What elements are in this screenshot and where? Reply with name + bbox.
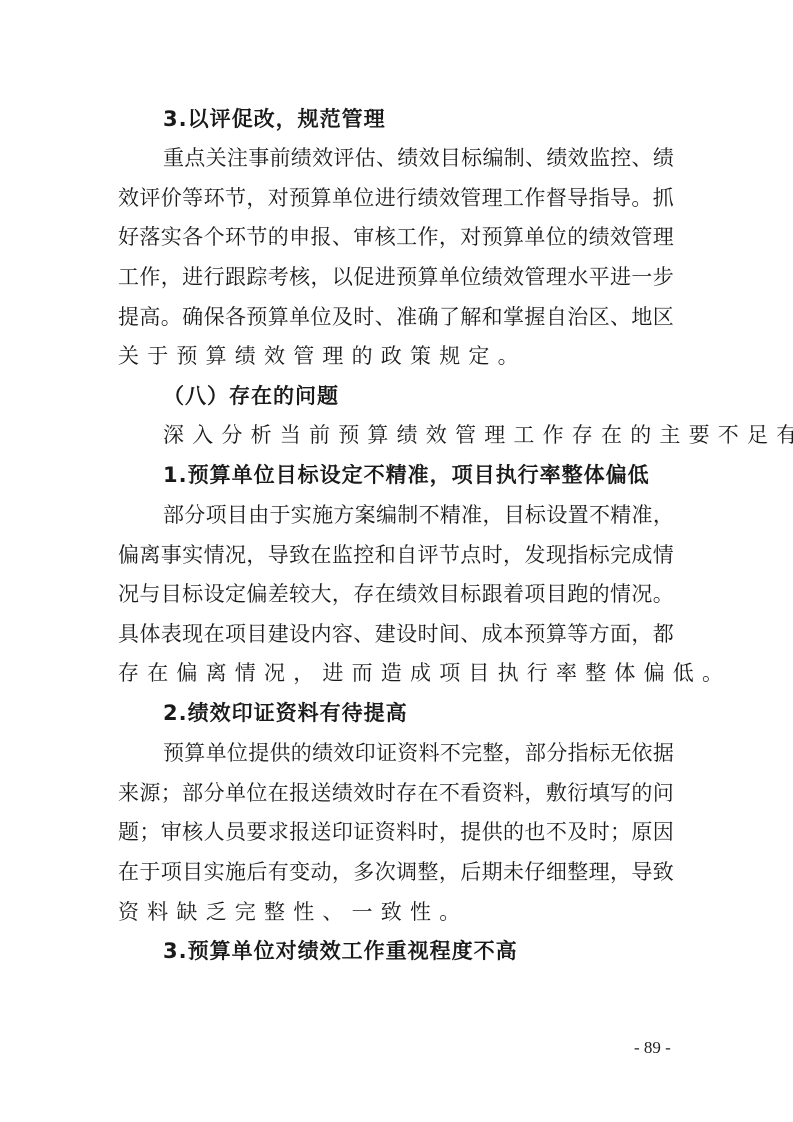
section-heading: 3.以评促改，规范管理 [163,104,674,134]
paragraph-line: 预算单位提供的绩效印证资料不完整，部分指标无依据 [163,738,674,768]
section-heading: 2.绩效印证资料有待提高 [163,698,674,728]
paragraph-line: 好落实各个环节的申报、审核工作，对预算单位的绩效管理 [118,222,674,252]
page-number: - 89 - [634,1038,671,1058]
paragraph-line: 关于预算绩效管理的政策规定。 [118,341,674,371]
paragraph-line: 部分项目由于实施方案编制不精准，目标设置不精准， [163,500,674,530]
section-heading: 3.预算单位对绩效工作重视程度不高 [163,936,674,966]
paragraph-line: 重点关注事前绩效评估、绩效目标编制、绩效监控、绩 [163,143,674,173]
section-heading: 1.预算单位目标设定不精准，项目执行率整体偏低 [163,460,674,490]
paragraph-line: 工作，进行跟踪考核，以促进预算单位绩效管理水平进一步 [118,262,674,292]
document-page: 3.以评促改，规范管理重点关注事前绩效评估、绩效目标编制、绩效监控、绩效评价等环… [0,0,793,1122]
paragraph-line: 深入分析当前预算绩效管理工作存在的主要不足有: [163,420,674,450]
paragraph-line: 效评价等环节，对预算单位进行绩效管理工作督导指导。抓 [118,183,674,213]
paragraph-line: 具体表现在项目建设内容、建设时间、成本预算等方面，都 [118,619,674,649]
paragraph-line: 资料缺乏完整性、一致性。 [118,897,674,927]
paragraph-line: 偏离事实情况，导致在监控和自评节点时，发现指标完成情 [118,540,674,570]
paragraph-line: 存在偏离情况，进而造成项目执行率整体偏低。 [118,658,674,688]
paragraph-line: 题；审核人员要求报送印证资料时，提供的也不及时；原因 [118,817,674,847]
section-heading: （八）存在的问题 [163,381,674,411]
paragraph-line: 况与目标设定偏差较大，存在绩效目标跟着项目跑的情况。 [118,579,674,609]
paragraph-line: 在于项目实施后有变动，多次调整，后期未仔细整理，导致 [118,857,674,887]
paragraph-line: 提高。确保各预算单位及时、准确了解和掌握自治区、地区 [118,302,674,332]
paragraph-line: 来源；部分单位在报送绩效时存在不看资料，敷衍填写的问 [118,778,674,808]
